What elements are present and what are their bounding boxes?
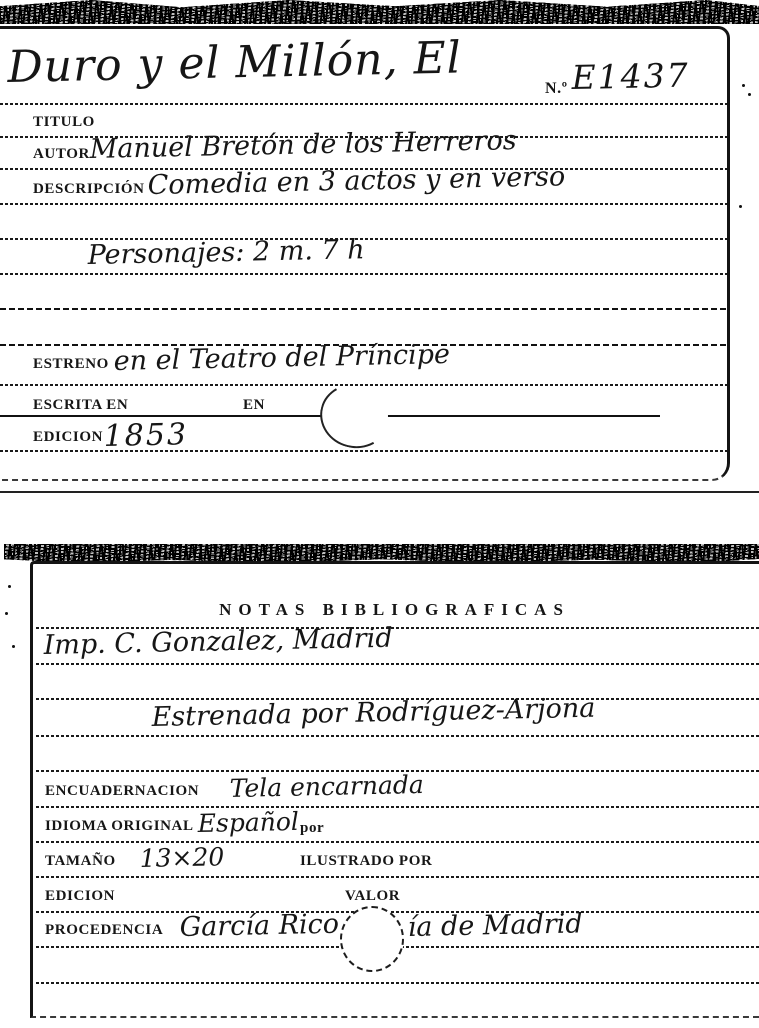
edicion-label: EDICION bbox=[33, 429, 103, 446]
procedencia-handwritten-right: ía de Madrid bbox=[407, 908, 583, 943]
ruled-line bbox=[36, 841, 759, 843]
autor-label: AUTOR bbox=[33, 146, 90, 163]
ruled-line bbox=[36, 663, 759, 665]
notas-bibliograficas-header: NOTAS BIBLIOGRAFICAS bbox=[30, 600, 759, 620]
ruled-line bbox=[36, 911, 759, 913]
hole-punch bbox=[322, 386, 388, 446]
tamano-label: TAMAÑO bbox=[45, 853, 116, 870]
valor-label: VALOR bbox=[345, 888, 400, 905]
ruled-line bbox=[0, 308, 727, 310]
scan-speck bbox=[12, 645, 15, 648]
idioma-original-label: IDIOMA ORIGINAL bbox=[45, 818, 194, 835]
scan-speck bbox=[748, 93, 751, 96]
descripcion-label: DESCRIPCIÓN bbox=[33, 181, 145, 198]
por-label: por bbox=[300, 820, 324, 837]
procedencia-label: PROCEDENCIA bbox=[45, 922, 163, 939]
idioma-handwritten: Español bbox=[197, 807, 299, 838]
number-label: N.º bbox=[545, 80, 568, 98]
ruled-line bbox=[36, 806, 759, 808]
personajes-handwritten: Personajes: 2 m. 7 h bbox=[87, 234, 365, 271]
scan-speck bbox=[5, 612, 8, 615]
tamano-handwritten: 13×20 bbox=[139, 842, 224, 873]
scanned-catalog-card-page: Duro y el Millón, El N.º E1437 TITULO AU… bbox=[0, 0, 759, 1028]
encuadernacion-handwritten: Tela encarnada bbox=[229, 770, 424, 803]
scan-speck bbox=[742, 84, 745, 87]
encuadernacion-label: ENCUADERNACION bbox=[45, 783, 199, 800]
hole-punch bbox=[340, 906, 404, 972]
torn-edge-top bbox=[0, 0, 759, 24]
procedencia-handwritten-left: García Rico bbox=[179, 909, 339, 943]
ruled-line bbox=[0, 203, 727, 205]
estreno-label: ESTRENO bbox=[33, 356, 109, 373]
edicion-handwritten: 1853 bbox=[103, 417, 188, 454]
ruled-line bbox=[0, 273, 727, 275]
escrita-en-label: ESCRITA EN bbox=[33, 397, 128, 414]
scan-speck bbox=[739, 205, 742, 208]
titulo-label: TITULO bbox=[33, 114, 95, 131]
ruled-line bbox=[36, 735, 759, 737]
card-separator-rule bbox=[0, 491, 759, 493]
ruled-line bbox=[36, 982, 759, 984]
number-handwritten: E1437 bbox=[571, 56, 690, 97]
ilustrado-por-label: ILUSTRADO POR bbox=[300, 853, 432, 870]
ruled-line bbox=[36, 876, 759, 878]
ruled-line bbox=[0, 103, 727, 105]
en-label: EN bbox=[243, 397, 265, 414]
title-handwritten: Duro y el Millón, El bbox=[7, 32, 462, 93]
edicion-bottom-label: EDICION bbox=[45, 888, 115, 905]
scan-speck bbox=[8, 585, 11, 588]
